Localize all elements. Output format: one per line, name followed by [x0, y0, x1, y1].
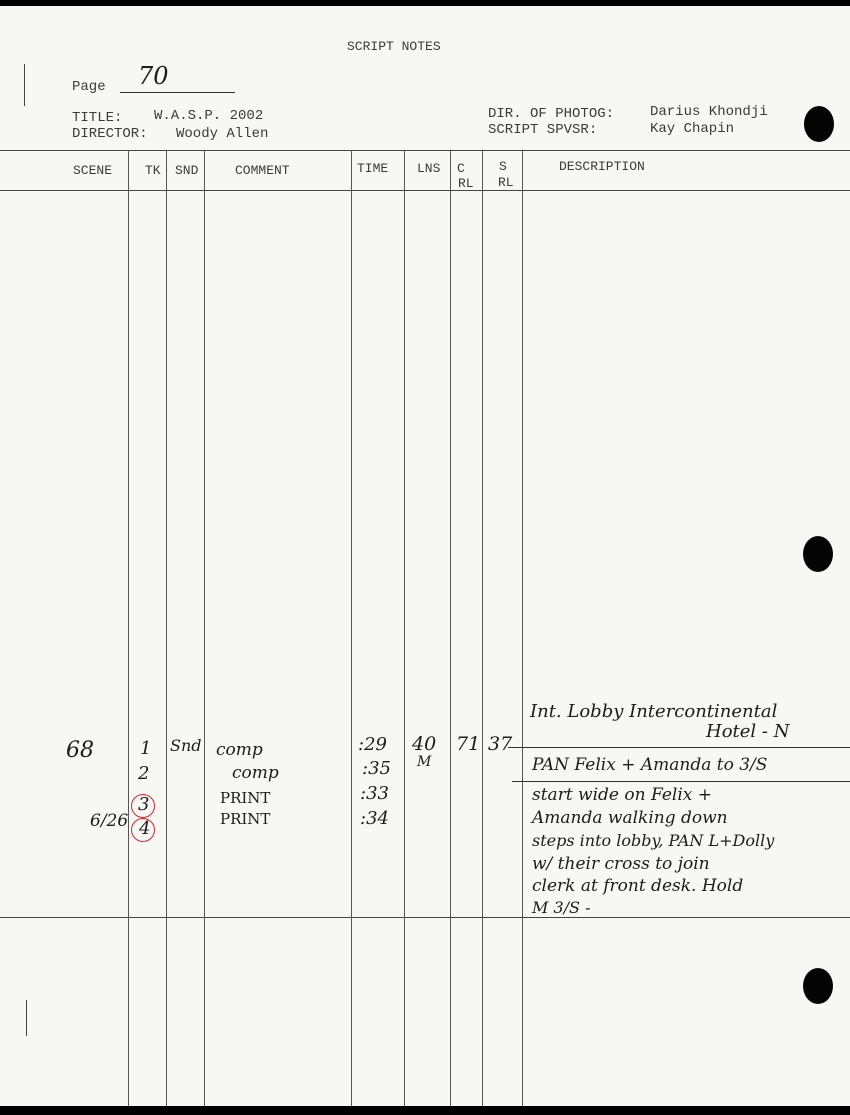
description-line: w/ their cross to join — [532, 854, 710, 874]
form-heading: SCRIPT NOTES — [347, 39, 441, 54]
supervisor-label: SCRIPT SPVSR: — [488, 122, 597, 138]
print-circle — [131, 818, 155, 842]
page-number: 70 — [138, 62, 169, 90]
header-description: DESCRIPTION — [559, 159, 645, 174]
punch-hole-top — [804, 106, 834, 142]
take-number: 2 — [138, 763, 149, 784]
description-shot: PAN Felix + Amanda to 3/S — [532, 755, 767, 775]
punch-hole-bottom — [803, 968, 833, 1004]
lines-note: M — [417, 754, 431, 770]
header-crl-bottom: RL — [458, 176, 474, 191]
col-divider-tk — [166, 150, 167, 1106]
col-divider-srl — [522, 150, 523, 1106]
description-line: steps into lobby, PAN L+Dolly — [532, 831, 774, 850]
punch-hole-middle — [803, 536, 833, 572]
take-time: :34 — [360, 808, 389, 829]
header-srl-bottom: RL — [498, 175, 514, 190]
title-value: W.A.S.P. 2002 — [154, 108, 263, 124]
dop-value: Darius Khondji — [650, 104, 768, 120]
col-divider-time — [404, 150, 405, 1106]
take-comment: PRINT — [220, 810, 270, 828]
take-time: :35 — [362, 758, 391, 779]
header-crl-top: C — [457, 161, 465, 176]
take-number: 1 — [140, 738, 151, 759]
description-line: clerk at front desk. Hold — [532, 876, 743, 896]
header-time: TIME — [357, 161, 388, 176]
page-number-line — [120, 92, 235, 93]
take-time: :33 — [360, 783, 389, 804]
margin-mark-top — [24, 64, 25, 106]
lines-count: 40 — [412, 733, 436, 755]
description-slug-line: Int. Lobby Intercontinental — [530, 701, 777, 722]
description-line: start wide on Felix + — [532, 785, 712, 805]
scene-date: 6/26 — [90, 811, 128, 831]
camera-roll: 71 — [456, 733, 480, 755]
header-lns: LNS — [417, 161, 440, 176]
take-time: :29 — [358, 734, 387, 755]
col-divider-snd — [204, 150, 205, 1106]
description-line: M 3/S - — [532, 898, 591, 917]
header-srl-top: S — [499, 159, 507, 174]
director-label: DIRECTOR: — [72, 126, 148, 142]
header-snd: SND — [175, 163, 198, 178]
dop-label: DIR. OF PHOTOG: — [488, 106, 614, 122]
margin-mark-bottom — [26, 1000, 27, 1036]
print-circle — [131, 794, 155, 818]
description-slug-line: Hotel - N — [706, 721, 789, 742]
header-comment: COMMENT — [235, 163, 290, 178]
col-divider-crl — [482, 150, 483, 1106]
take-comment: comp — [232, 763, 279, 783]
script-notes-sheet: SCRIPT NOTES Page 70 TITLE: W.A.S.P. 200… — [0, 6, 850, 1106]
take-comment: PRINT — [220, 789, 270, 807]
director-value: Woody Allen — [176, 126, 268, 142]
header-scene: SCENE — [73, 163, 112, 178]
col-divider-comment — [351, 150, 352, 1106]
sound-roll: 37 — [488, 733, 512, 755]
supervisor-value: Kay Chapin — [650, 121, 734, 137]
scene-number: 68 — [66, 738, 94, 763]
sound-note: Snd — [170, 736, 202, 755]
page-label: Page — [72, 79, 106, 95]
take-comment: comp — [216, 740, 263, 760]
col-divider-scene — [128, 150, 129, 1106]
description-line: Amanda walking down — [532, 808, 728, 828]
title-label: TITLE: — [72, 110, 122, 126]
shot-underline — [512, 781, 850, 782]
slug-underline — [508, 747, 850, 748]
col-divider-lns — [450, 150, 451, 1106]
header-tk: TK — [145, 163, 161, 178]
